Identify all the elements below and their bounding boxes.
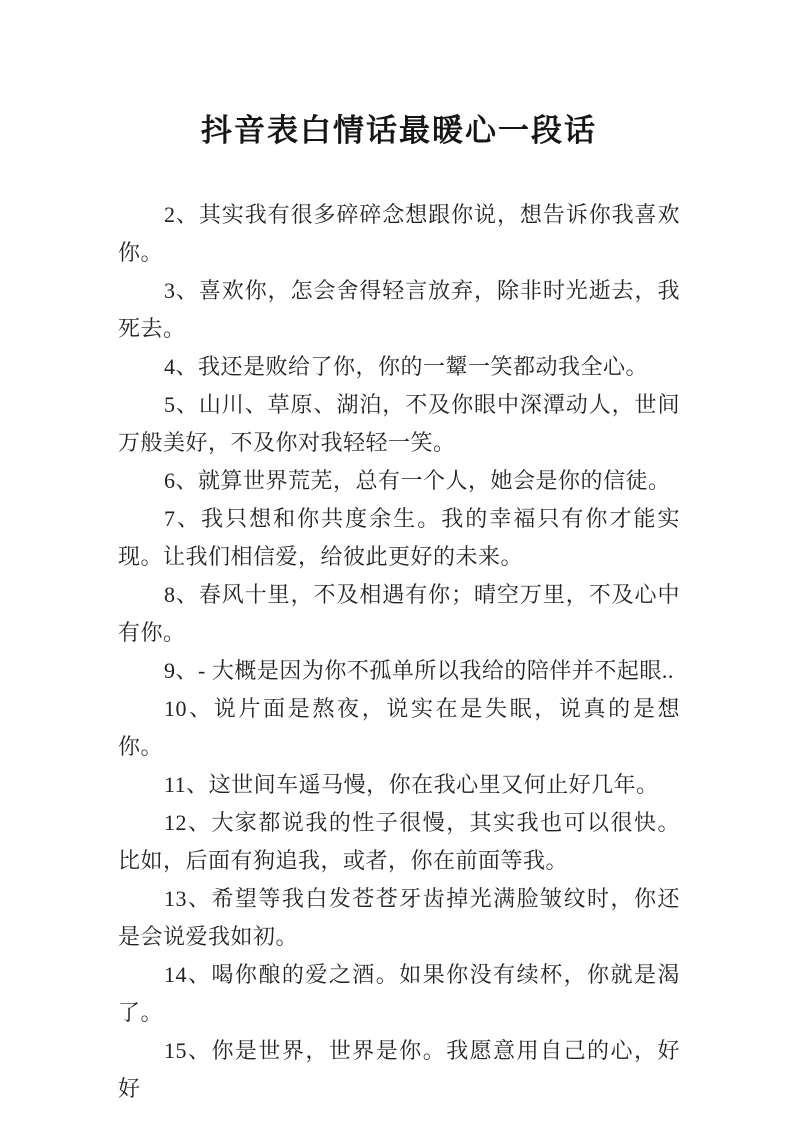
paragraph: 4、我还是败给了你，你的一颦一笑都动我全心。 [118,348,680,386]
document-body: 2、其实我有很多碎碎念想跟你说，想告诉你我喜欢你。3、喜欢你，怎会舍得轻言放弃，… [118,196,680,1108]
paragraph: 13、希望等我白发苍苍牙齿掉光满脸皱纹时，你还是会说爱我如初。 [118,880,680,956]
paragraph: 15、你是世界，世界是你。我愿意用自己的心，好好 [118,1032,680,1108]
paragraph: 2、其实我有很多碎碎念想跟你说，想告诉你我喜欢你。 [118,196,680,272]
paragraph: 3、喜欢你，怎会舍得轻言放弃，除非时光逝去，我死去。 [118,272,680,348]
paragraph: 7、我只想和你共度余生。我的幸福只有你才能实现。让我们相信爱，给彼此更好的未来。 [118,500,680,576]
document-page: 抖音表白情话最暖心一段话 2、其实我有很多碎碎念想跟你说，想告诉你我喜欢你。3、… [0,0,800,1131]
paragraph: 12、大家都说我的性子很慢，其实我也可以很快。比如，后面有狗追我，或者，你在前面… [118,804,680,880]
paragraph: 8、春风十里，不及相遇有你；晴空万里，不及心中有你。 [118,576,680,652]
document-title: 抖音表白情话最暖心一段话 [118,112,680,150]
paragraph: 6、就算世界荒芜，总有一个人，她会是你的信徒。 [118,462,680,500]
paragraph: 11、这世间车遥马慢，你在我心里又何止好几年。 [118,766,680,804]
paragraph: 14、喝你酿的爱之酒。如果你没有续杯，你就是渴了。 [118,956,680,1032]
paragraph: 10、说片面是熬夜，说实在是失眠，说真的是想你。 [118,690,680,766]
paragraph: 5、山川、草原、湖泊，不及你眼中深潭动人，世间万般美好，不及你对我轻轻一笑。 [118,386,680,462]
paragraph: 9、- 大概是因为你不孤单所以我给的陪伴并不起眼.. [118,652,680,690]
